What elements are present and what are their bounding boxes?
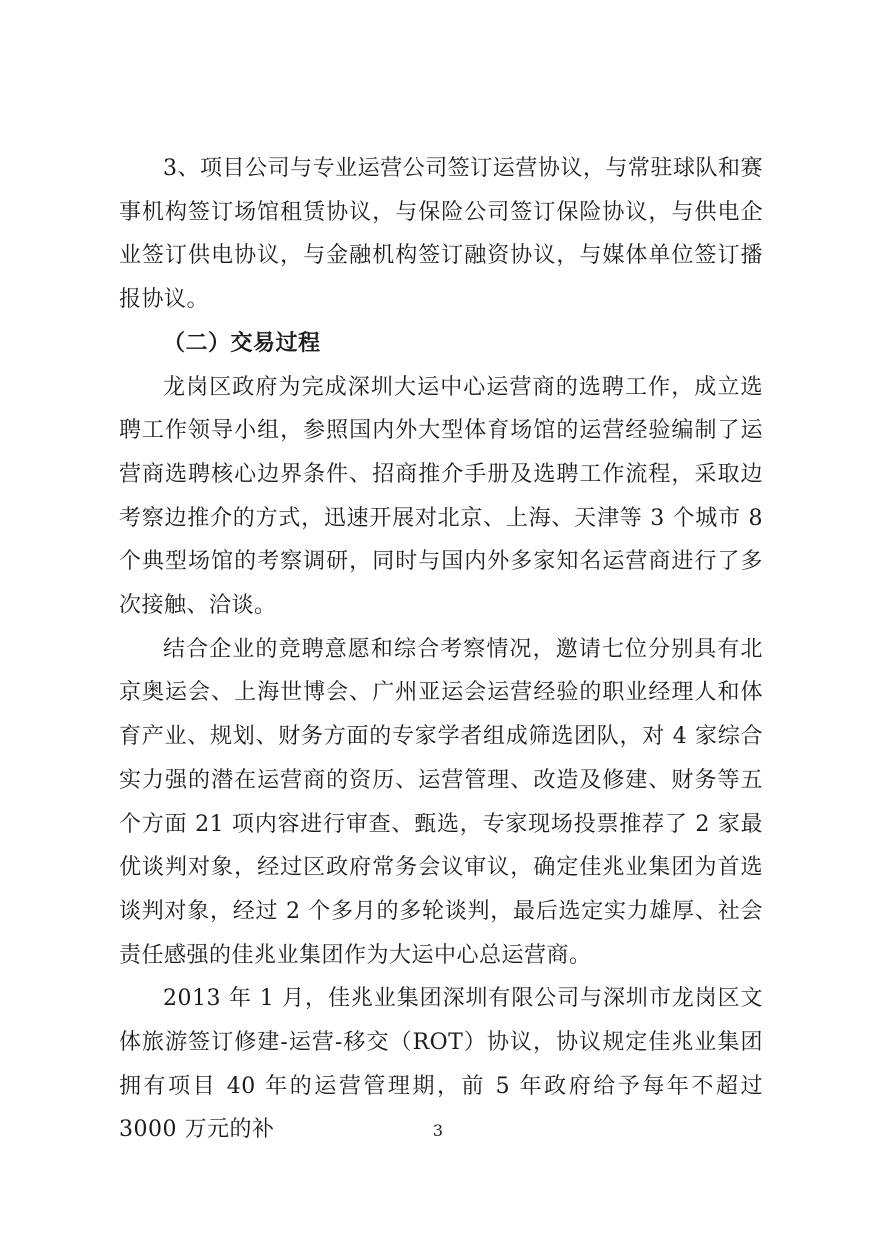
paragraph: 龙岗区政府为完成深圳大运中心运营商的选聘工作，成立选聘工作领导小组，参照国内外大…: [119, 366, 763, 628]
paragraph: 3、项目公司与专业运营公司签订运营协议，与常驻球队和赛事机构签订场馆租赁协议，与…: [119, 147, 763, 322]
paragraph: 结合企业的竞聘意愿和综合考察情况，邀请七位分别具有北京奥运会、上海世博会、广州亚…: [119, 628, 763, 978]
document-page: 3、项目公司与专业运营公司签订运营协议，与常驻球队和赛事机构签订场馆租赁协议，与…: [0, 0, 876, 1239]
document-body: 3、项目公司与专业运营公司签订运营协议，与常驻球队和赛事机构签订场馆租赁协议，与…: [119, 147, 763, 1152]
page-number: 3: [0, 1120, 876, 1142]
section-heading: （二）交易过程: [119, 322, 763, 366]
